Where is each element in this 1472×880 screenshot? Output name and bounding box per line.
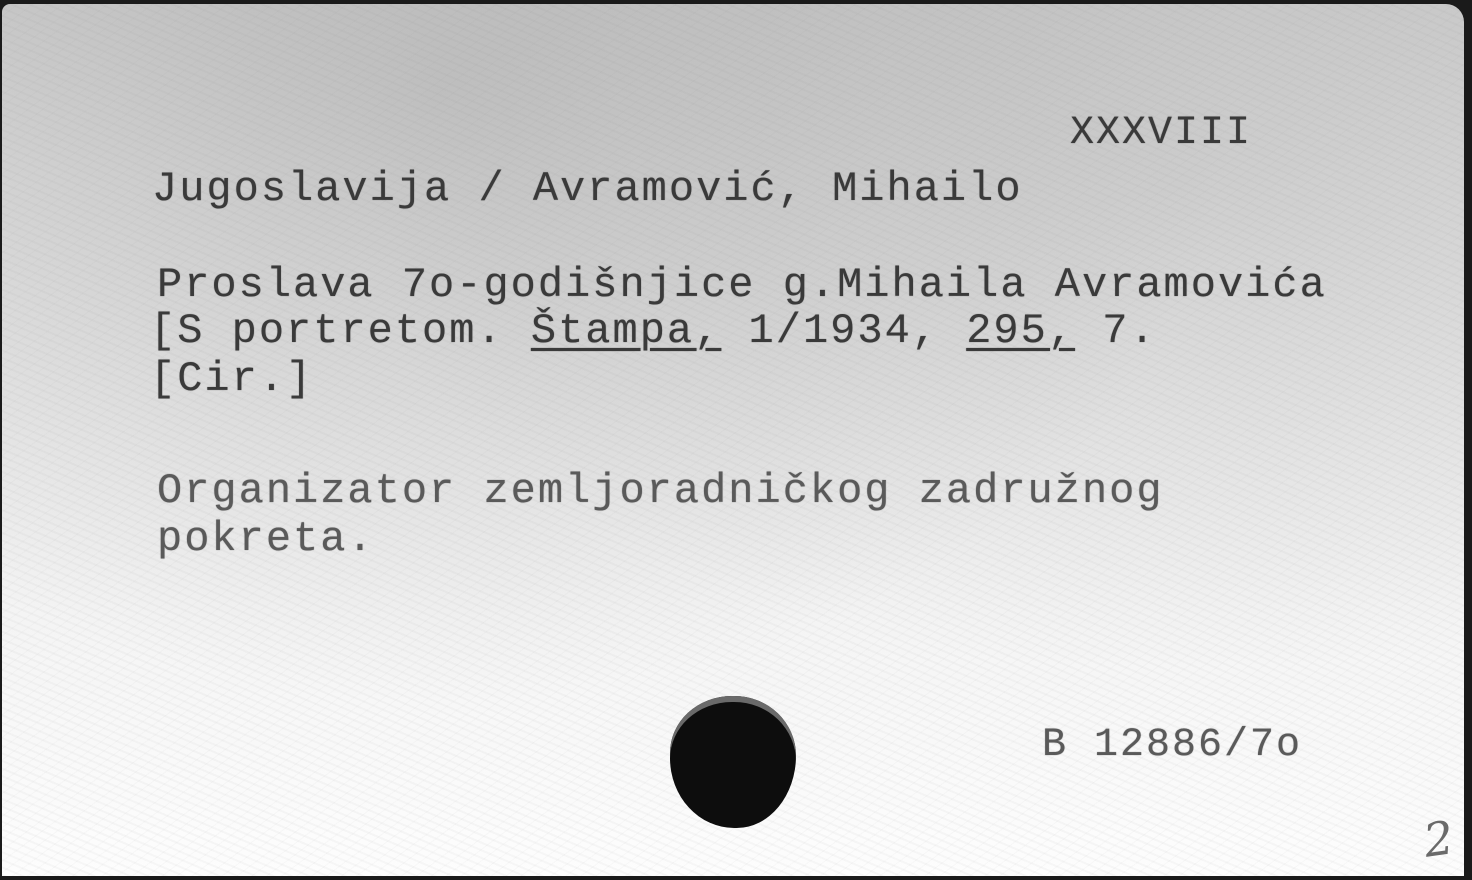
catalog-card: XXXVIII Jugoslavija / Avramović, Mihailo…	[2, 4, 1464, 876]
call-number: B 12886/7o	[1042, 726, 1302, 766]
source-periodical: Štampa,	[531, 307, 721, 355]
illustration-note: S portretom.	[177, 307, 503, 355]
heading: Jugoslavija / Avramović, Mihailo	[152, 168, 1023, 210]
script-note: [Cir.]	[150, 358, 313, 400]
source-page: 7.	[1102, 307, 1156, 355]
subject-line-2: pokreta.	[157, 518, 375, 560]
source-issue: 1/1934,	[749, 307, 939, 355]
source-line: [S portretom. Štampa, 1/1934, 295, 7.	[150, 310, 1157, 352]
bracket-open: [	[150, 307, 177, 355]
subject-line-1: Organizator zemljoradničkog zadružnog	[157, 470, 1164, 512]
punch-hole	[670, 696, 796, 828]
handwritten-mark: 2	[1420, 810, 1457, 868]
volume-numeral: XXXVIII	[1070, 114, 1252, 154]
source-number: 295,	[966, 307, 1075, 355]
title-line: Proslava 7o-godišnjice g.Mihaila Avramov…	[157, 264, 1327, 306]
